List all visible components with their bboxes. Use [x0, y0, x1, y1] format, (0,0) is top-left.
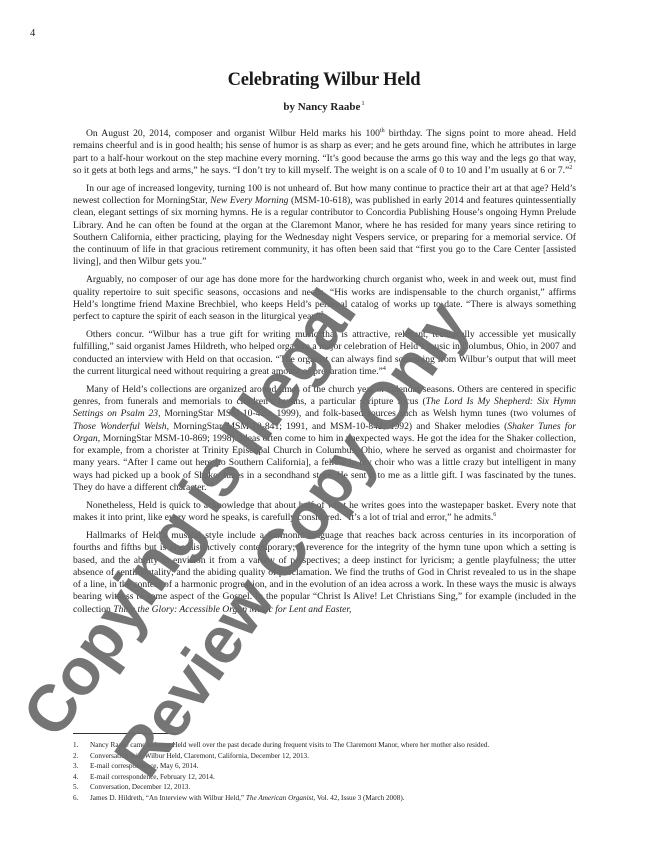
- footnote-ref[interactable]: 4: [383, 366, 386, 372]
- footnote-divider: [73, 733, 177, 734]
- journal-title: The American Organist: [246, 794, 313, 802]
- footnote-item: 3.E-mail correspondence, May 6, 2014.: [73, 761, 593, 772]
- page-number: 4: [30, 28, 35, 39]
- footnote-item: 1.Nancy Raabe came to know Held well ove…: [73, 740, 593, 751]
- article-body: On August 20, 2014, composer and organis…: [73, 128, 576, 621]
- article-byline: by Nancy Raabe1: [0, 100, 648, 113]
- footnote-item: 5.Conversation, December 12, 2013.: [73, 782, 593, 793]
- footnotes-list: 1.Nancy Raabe came to know Held well ove…: [73, 740, 593, 804]
- work-title: New Every Morning: [210, 195, 288, 206]
- work-title: Thine the Glory: Accessible Organ Music …: [113, 604, 351, 615]
- footnote-item: 4.E-mail correspondence, February 12, 20…: [73, 772, 593, 783]
- footnote-ref[interactable]: 1: [361, 100, 364, 107]
- footnote-ref[interactable]: 5: [211, 482, 214, 488]
- footnote-ref[interactable]: 3: [321, 311, 324, 317]
- paragraph-1: On August 20, 2014, composer and organis…: [73, 128, 576, 177]
- paragraph-7: Hallmarks of Held’s musical style includ…: [73, 530, 576, 616]
- byline-author: by Nancy Raabe: [283, 101, 360, 113]
- paragraph-6: Nonetheless, Held is quick to acknowledg…: [73, 500, 576, 525]
- footnote-item: 2.Conversation with Wilbur Held, Claremo…: [73, 751, 593, 762]
- footnote-ref[interactable]: 2: [569, 165, 572, 171]
- paragraph-2: In our age of increased longevity, turni…: [73, 183, 576, 269]
- footnote-ref[interactable]: 6: [493, 512, 496, 518]
- article-title: Celebrating Wilbur Held: [0, 70, 648, 91]
- work-title: Those Wonderful Welsh: [73, 421, 167, 432]
- paragraph-4: Others concur. “Wilbur has a true gift f…: [73, 329, 576, 378]
- footnote-item: 6.James D. Hildreth, “An Interview with …: [73, 793, 593, 804]
- paragraph-5: Many of Held’s collections are organized…: [73, 384, 576, 495]
- paragraph-3: Arguably, no composer of our age has don…: [73, 274, 576, 323]
